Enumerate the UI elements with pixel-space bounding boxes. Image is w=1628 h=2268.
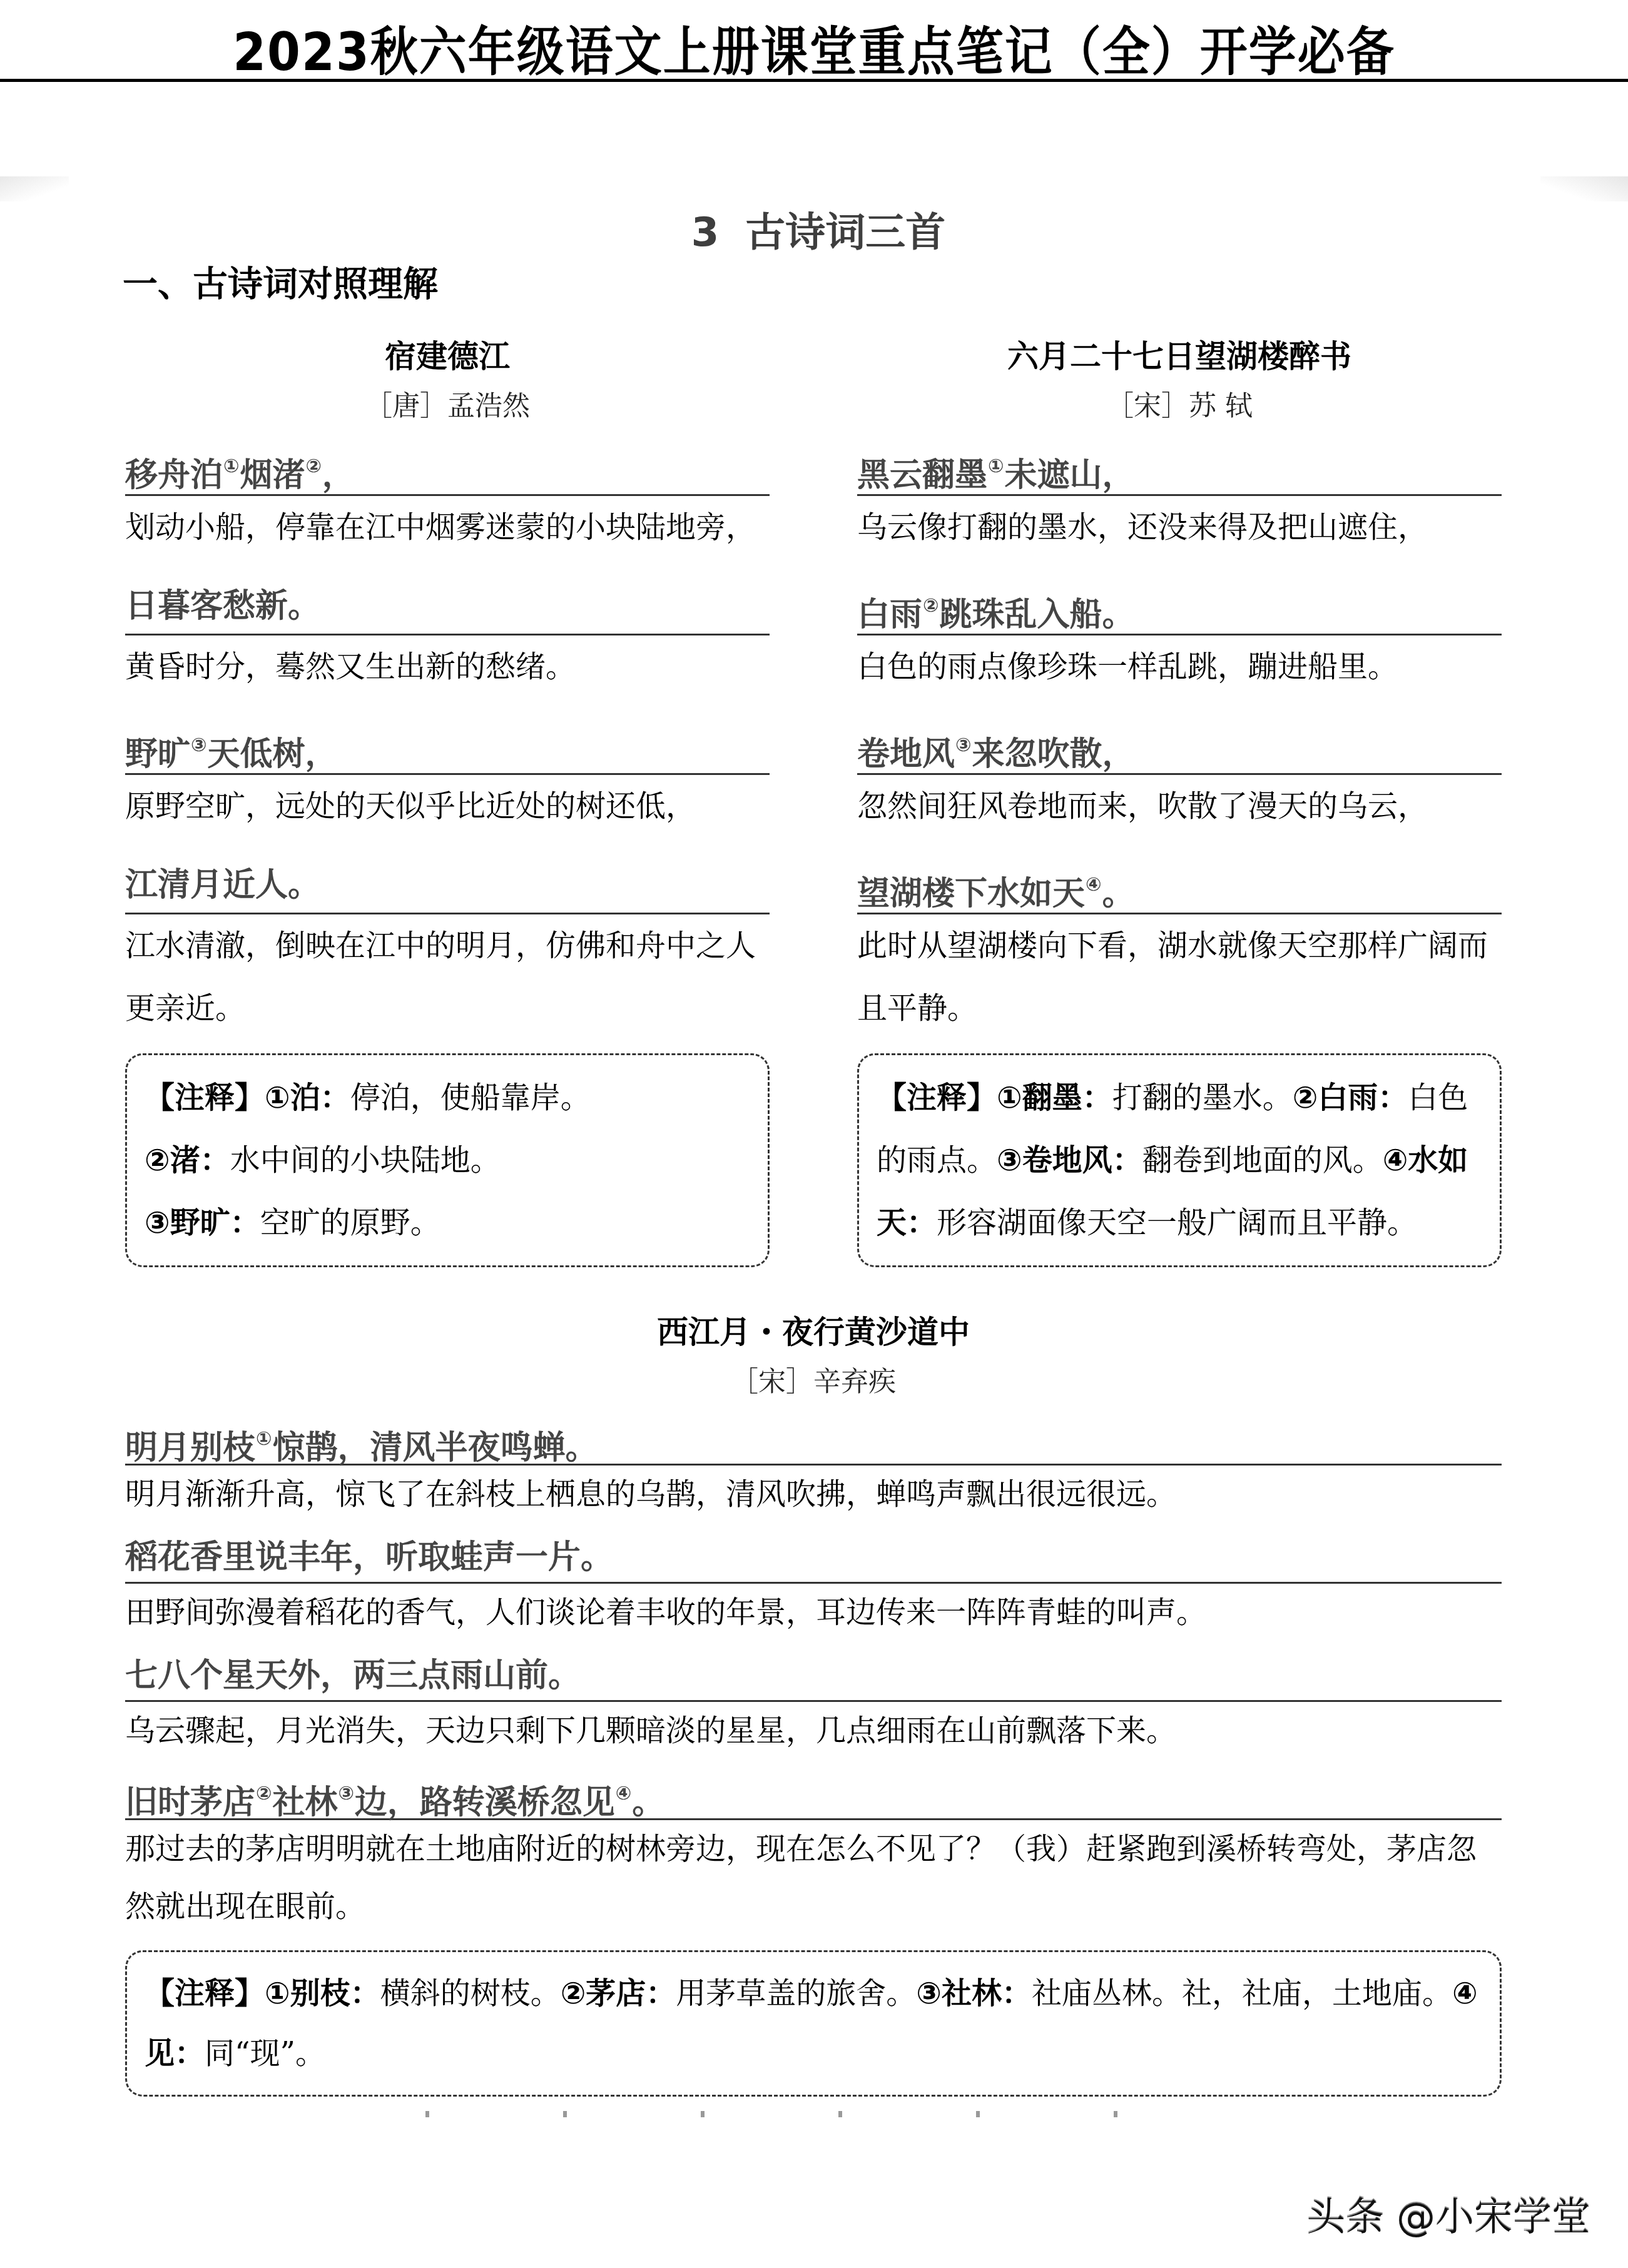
document-title: 2023秋六年级语文上册课堂重点笔记（全）开学必备 bbox=[0, 11, 1628, 86]
verse-text: ， bbox=[322, 457, 355, 494]
page-corner-shadow bbox=[0, 176, 69, 201]
translation-text: 江水清澈，倒映在江中的明月，仿佛和舟中之人更亲近。 bbox=[125, 914, 770, 1040]
footnote-marker: ④ bbox=[616, 1783, 631, 1805]
note-item: ③社林：社庙丛林。社，社庙，土地庙。 bbox=[916, 1976, 1452, 2011]
poem-author: ［唐］孟浩然 bbox=[125, 382, 770, 432]
note-definition: 形容湖面像天空一般广阔而且平静。 bbox=[937, 1205, 1417, 1240]
note-term: ②渚： bbox=[145, 1143, 230, 1178]
notes-box: 【注释】①泊：停泊，使船靠岸。②渚：水中间的小块陆地。③野旷：空旷的原野。 bbox=[125, 1053, 770, 1267]
footnote-marker: ③ bbox=[338, 1783, 354, 1805]
poem-title: 六月二十七日望湖楼醉书 bbox=[857, 332, 1502, 382]
notes-box: 【注释】①翻墨：打翻的墨水。②白雨：白色的雨点。③卷地风：翻卷到地面的风。④水如… bbox=[857, 1053, 1502, 1267]
verse-text: 卷地风 bbox=[857, 736, 955, 773]
watermark: 头条 @小宋学堂 bbox=[1306, 2186, 1590, 2242]
note-definition: 水中间的小块陆地。 bbox=[230, 1143, 501, 1178]
verse-translation-list: 明月别枝①惊鹊，清风半夜鸣蝉。明月渐渐升高，惊飞了在斜枝上栖息的乌鹊，清风吹拂，… bbox=[125, 1407, 1502, 1935]
notes-label: 【注释】 bbox=[145, 1080, 265, 1115]
verse-line: 明月别枝①惊鹊，清风半夜鸣蝉。 bbox=[125, 1407, 1502, 1466]
note-definition: 空旷的原野。 bbox=[260, 1205, 440, 1240]
note-term: ③野旷： bbox=[145, 1205, 260, 1240]
verse-text: 旧时茅店 bbox=[125, 1784, 255, 1821]
chapter-name: 古诗词三首 bbox=[745, 210, 945, 256]
note-definition: 同“现”。 bbox=[205, 2036, 325, 2071]
footnote-marker: ② bbox=[305, 455, 321, 477]
verse-line: 白雨②跳珠乱入船。 bbox=[857, 571, 1502, 635]
note-item: ③野旷：空旷的原野。 bbox=[145, 1205, 440, 1240]
chapter-number-badge: 3 bbox=[683, 210, 728, 256]
poem-author: ［宋］辛弃疾 bbox=[125, 1357, 1502, 1407]
cropped-next-line bbox=[350, 2111, 1226, 2117]
translation-text: 忽然间狂风卷地而来，吹散了漫天的乌云， bbox=[857, 775, 1502, 838]
note-definition: 横斜的树枝。 bbox=[380, 1976, 561, 2011]
verse-line: 旧时茅店②社林③边，路转溪桥忽见④。 bbox=[125, 1762, 1502, 1820]
chapter-title: 3古诗词三首 bbox=[0, 200, 1628, 258]
section-heading: 一、古诗词对照理解 bbox=[123, 256, 438, 306]
verse-text: 野旷 bbox=[125, 736, 190, 773]
poem-block: 西江月・夜行黄沙道中 ［宋］辛弃疾 明月别枝①惊鹊，清风半夜鸣蝉。明月渐渐升高，… bbox=[125, 1307, 1502, 2097]
translation-text: 白色的雨点像珍珠一样乱跳，蹦进船里。 bbox=[857, 635, 1502, 698]
note-term: ①别枝： bbox=[265, 1976, 380, 2011]
verse-translation-list: 黑云翻墨①未遮山，乌云像打翻的墨水，还没来得及把山遮住，白雨②跳珠乱入船。白色的… bbox=[857, 432, 1502, 1040]
note-item: ①泊：停泊，使船靠岸。 bbox=[265, 1080, 591, 1115]
header-rule bbox=[0, 79, 1628, 82]
verse-line: 望湖楼下水如天④。 bbox=[857, 850, 1502, 914]
note-term: ②白雨： bbox=[1293, 1080, 1408, 1115]
footnote-marker: ④ bbox=[1086, 874, 1101, 896]
note-definition: 停泊，使船靠岸。 bbox=[350, 1080, 591, 1115]
footnote-marker: ① bbox=[988, 455, 1004, 477]
verse-text: 明月别枝 bbox=[125, 1429, 255, 1467]
verse-text: 稻花香里说丰年，听取蛙声一片。 bbox=[125, 1539, 613, 1576]
note-item: ③卷地风：翻卷到地面的风。 bbox=[997, 1143, 1383, 1178]
verse-text: 黑云翻墨 bbox=[857, 457, 987, 494]
verse-text: 。 bbox=[632, 1784, 664, 1821]
poem-block: 六月二十七日望湖楼醉书 ［宋］苏 轼 黑云翻墨①未遮山，乌云像打翻的墨水，还没来… bbox=[857, 332, 1502, 1267]
notes-label: 【注释】 bbox=[877, 1080, 997, 1115]
verse-text: 江清月近人。 bbox=[125, 866, 320, 904]
verse-text: 天低树， bbox=[207, 736, 337, 773]
note-item: ②茅店：用茅草盖的旅舍。 bbox=[561, 1976, 917, 2011]
verse-line: 七八个星天外，两三点雨山前。 bbox=[125, 1644, 1502, 1702]
note-item: ①翻墨：打翻的墨水。 bbox=[997, 1080, 1293, 1115]
verse-text: 烟渚 bbox=[240, 457, 305, 494]
translation-text: 乌云像打翻的墨水，还没来得及把山遮住， bbox=[857, 496, 1502, 559]
verse-text: 惊鹊，清风半夜鸣蝉。 bbox=[272, 1429, 598, 1467]
verse-text: 望湖楼下水如天 bbox=[857, 875, 1085, 913]
note-definition: 社庙丛林。社，社庙，土地庙。 bbox=[1032, 1976, 1452, 2011]
note-term: ①泊： bbox=[265, 1080, 350, 1115]
note-item: ①别枝：横斜的树枝。 bbox=[265, 1976, 561, 2011]
page-header: 2023秋六年级语文上册课堂重点笔记（全）开学必备 bbox=[0, 0, 1628, 83]
verse-text: 白雨 bbox=[857, 596, 922, 634]
note-term: ①翻墨： bbox=[997, 1080, 1112, 1115]
translation-text: 田野间弥漫着稻花的香气，人们谈论着丰收的年景，耳边传来一阵阵青蛙的叫声。 bbox=[125, 1584, 1502, 1641]
verse-text: 日暮客愁新。 bbox=[125, 587, 320, 625]
verse-line: 稻花香里说丰年，听取蛙声一片。 bbox=[125, 1526, 1502, 1584]
footnote-marker: ① bbox=[256, 1428, 272, 1450]
footnote-marker: ③ bbox=[191, 734, 206, 756]
verse-line: 黑云翻墨①未遮山， bbox=[857, 432, 1502, 496]
poem-title: 西江月・夜行黄沙道中 bbox=[125, 1307, 1502, 1357]
poem-block: 宿建德江 ［唐］孟浩然 移舟泊①烟渚②，划动小船，停靠在江中烟雾迷蒙的小块陆地旁… bbox=[125, 332, 770, 1267]
verse-text: 七八个星天外，两三点雨山前。 bbox=[125, 1657, 581, 1694]
footnote-marker: ② bbox=[923, 595, 939, 617]
footnote-marker: ① bbox=[223, 455, 239, 477]
verse-line: 卷地风③来忽吹散， bbox=[857, 711, 1502, 775]
verse-text: 社林 bbox=[272, 1784, 337, 1821]
poem-author: ［宋］苏 轼 bbox=[857, 382, 1502, 432]
note-term: ③卷地风： bbox=[997, 1143, 1142, 1178]
verse-line: 江清月近人。 bbox=[125, 850, 770, 914]
verse-text: 边，路转溪桥忽见 bbox=[355, 1784, 615, 1821]
translation-text: 此时从望湖楼向下看，湖水就像天空那样广阔而且平静。 bbox=[857, 914, 1502, 1040]
footnote-marker: ② bbox=[256, 1783, 272, 1805]
verse-text: 跳珠乱入船。 bbox=[939, 596, 1134, 634]
verse-line: 野旷③天低树， bbox=[125, 711, 770, 775]
notes-label: 【注释】 bbox=[145, 1976, 265, 2011]
note-definition: 打翻的墨水。 bbox=[1112, 1080, 1293, 1115]
page-corner-shadow bbox=[1540, 176, 1628, 201]
translation-text: 明月渐渐升高，惊飞了在斜枝上栖息的乌鹊，清风吹拂，蝉鸣声飘出很远很远。 bbox=[125, 1466, 1502, 1523]
note-term: ③社林： bbox=[916, 1976, 1032, 2011]
verse-line: 日暮客愁新。 bbox=[125, 571, 770, 635]
translation-text: 黄昏时分，蓦然又生出新的愁绪。 bbox=[125, 635, 770, 698]
notes-box: 【注释】①别枝：横斜的树枝。②茅店：用茅草盖的旅舍。③社林：社庙丛林。社，社庙，… bbox=[125, 1950, 1502, 2097]
translation-text: 乌云骤起，月光消失，天边只剩下几颗暗淡的星星，几点细雨在山前飘落下来。 bbox=[125, 1702, 1502, 1759]
note-item: ②渚：水中间的小块陆地。 bbox=[145, 1143, 501, 1178]
verse-text: 移舟泊 bbox=[125, 457, 223, 494]
verse-text: 来忽吹散， bbox=[972, 736, 1134, 773]
note-term: ②茅店： bbox=[561, 1976, 676, 2011]
verse-translation-list: 移舟泊①烟渚②，划动小船，停靠在江中烟雾迷蒙的小块陆地旁，日暮客愁新。黄昏时分，… bbox=[125, 432, 770, 1040]
verse-line: 移舟泊①烟渚②， bbox=[125, 432, 770, 496]
note-definition: 翻卷到地面的风。 bbox=[1142, 1143, 1383, 1178]
translation-text: 原野空旷，远处的天似乎比近处的树还低， bbox=[125, 775, 770, 838]
verse-text: 未遮山， bbox=[1004, 457, 1134, 494]
translation-text: 划动小船，停靠在江中烟雾迷蒙的小块陆地旁， bbox=[125, 496, 770, 559]
poem-title: 宿建德江 bbox=[125, 332, 770, 382]
note-definition: 用茅草盖的旅舍。 bbox=[676, 1976, 916, 2011]
verse-text: 。 bbox=[1102, 875, 1134, 913]
translation-text: 那过去的茅店明明就在土地庙附近的树林旁边，现在怎么不见了？（我）赶紧跑到溪桥转弯… bbox=[125, 1820, 1502, 1935]
footnote-marker: ③ bbox=[955, 734, 971, 756]
